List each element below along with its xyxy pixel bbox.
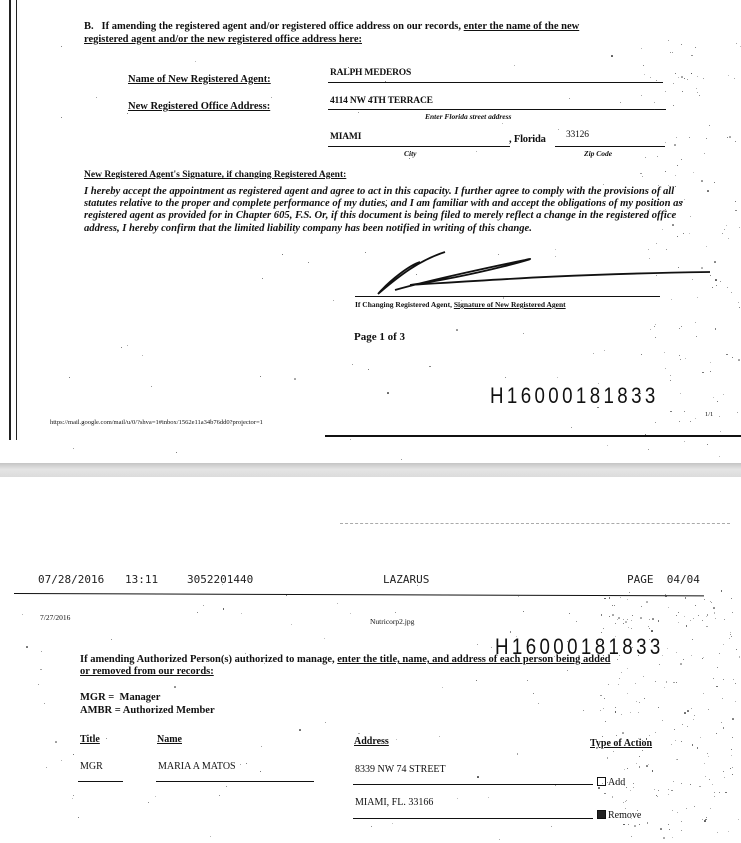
scan-speck	[738, 819, 739, 820]
scan-speck	[704, 820, 706, 822]
scan-speck	[651, 630, 653, 632]
scan-speck	[127, 345, 128, 346]
scan-speck	[712, 784, 713, 785]
scan-speck	[640, 173, 642, 175]
scan-speck	[731, 755, 732, 756]
row-title-line	[78, 781, 123, 782]
scan-speck	[607, 782, 608, 783]
scan-speck	[704, 763, 705, 764]
scan-speck	[714, 796, 715, 797]
scan-speck	[569, 613, 570, 614]
scan-speck	[127, 113, 128, 114]
scan-speck	[731, 292, 732, 293]
scan-speck	[677, 812, 678, 813]
scan-speck	[681, 76, 683, 78]
scan-speck	[689, 233, 690, 234]
row-address-line1[interactable]: 8339 NW 74 STREET	[355, 764, 446, 775]
scan-speck	[656, 243, 657, 244]
scan-speck	[657, 156, 658, 157]
scan-speck	[401, 459, 402, 460]
scan-speck	[148, 802, 149, 803]
scan-speck	[677, 236, 678, 237]
agent-name-line	[328, 82, 663, 83]
scan-speck	[676, 682, 677, 683]
scan-speck	[238, 206, 240, 208]
scan-speck	[569, 98, 570, 99]
agent-name-label: Name of New Registered Agent:	[128, 74, 271, 85]
scan-speck	[387, 392, 389, 394]
scan-speck	[671, 790, 673, 792]
city-caption: City	[404, 149, 417, 158]
scan-speck	[707, 190, 709, 192]
section-b-prefix: B.	[84, 21, 94, 32]
scan-speck	[717, 401, 718, 402]
scan-speck	[333, 300, 334, 301]
scan-speck	[618, 617, 620, 619]
scan-speck	[665, 142, 666, 143]
scan-speck	[476, 151, 477, 152]
fax-header-time: 13:11	[125, 573, 158, 586]
scan-speck	[704, 153, 705, 154]
instruction-plain: If amending Authorized Person(s) authori…	[80, 654, 335, 665]
scan-speck	[654, 109, 655, 110]
scan-speck	[670, 375, 671, 376]
scan-speck	[598, 787, 600, 789]
scan-speck	[385, 81, 386, 82]
page-border-left-outer	[9, 0, 11, 440]
col-header-name: Name	[157, 734, 182, 745]
scan-speck	[373, 659, 374, 660]
section-b-underlined-2: registered agent and/or the new register…	[84, 33, 362, 46]
row-address-line2[interactable]: MIAMI, FL. 33166	[355, 797, 433, 808]
scan-speck	[732, 767, 733, 768]
scan-speck	[627, 768, 628, 769]
scan-speck	[620, 102, 621, 103]
scan-speck	[714, 261, 716, 263]
scan-speck	[648, 449, 649, 450]
scan-speck	[730, 768, 731, 769]
signature-scribble	[370, 250, 710, 300]
scan-speck	[665, 595, 667, 597]
scan-speck	[707, 753, 708, 754]
scan-speck	[673, 781, 674, 782]
scan-speck	[672, 224, 674, 226]
scan-speck	[664, 352, 665, 353]
col-header-title: Title	[80, 734, 100, 745]
zip-value[interactable]: 33126	[566, 130, 589, 140]
legend-mgr: MGR = Manager	[80, 692, 160, 703]
add-label: Add	[608, 777, 625, 788]
fax-header-phone: 3052201440	[187, 573, 253, 586]
file-name: Nutricorp2.jpg	[370, 617, 414, 626]
remove-label: Remove	[608, 810, 641, 821]
signature-heading: New Registered Agent's Signature, if cha…	[84, 169, 346, 182]
scan-speck	[442, 687, 443, 688]
scan-speck	[655, 681, 656, 682]
scan-speck	[371, 826, 372, 827]
scan-speck	[630, 790, 631, 791]
scan-speck	[620, 597, 621, 598]
scan-speck	[615, 707, 616, 708]
row-name[interactable]: MARIA A MATOS	[158, 761, 236, 772]
agent-name-value[interactable]: RALPH MEDEROS	[330, 68, 411, 78]
scan-speck	[55, 741, 57, 743]
scan-speck	[457, 798, 458, 799]
scan-speck	[707, 444, 708, 445]
fax-header-line	[14, 593, 704, 596]
scan-speck	[22, 614, 23, 615]
scan-speck	[676, 615, 677, 616]
scan-speck	[155, 796, 156, 797]
row-title[interactable]: MGR	[80, 761, 103, 772]
scan-speck	[567, 670, 568, 671]
scan-speck	[523, 333, 524, 334]
scan-speck	[558, 129, 559, 130]
fax-header-page: PAGE 04/04	[627, 573, 700, 586]
scan-speck	[477, 776, 479, 778]
scan-speck	[603, 184, 604, 185]
scan-speck	[702, 819, 703, 820]
scan-speck	[706, 817, 707, 818]
scan-speck	[714, 182, 715, 183]
scan-speck	[697, 92, 698, 93]
action-add[interactable]: Add	[597, 777, 625, 788]
scan-speck	[728, 75, 729, 76]
scan-speck	[675, 740, 676, 741]
scan-speck	[727, 137, 728, 138]
scan-speck	[607, 445, 608, 446]
scan-speck	[602, 736, 603, 737]
page-number-label: Page 1 of 3	[354, 331, 405, 343]
row-name-line	[156, 781, 314, 782]
scan-speck	[690, 216, 691, 217]
scan-speck	[627, 619, 628, 620]
scan-speck	[654, 789, 655, 790]
scan-speck	[666, 249, 667, 250]
scan-speck	[736, 43, 737, 44]
scan-speck	[681, 741, 682, 742]
scan-speck	[713, 607, 715, 609]
action-remove[interactable]: Remove	[597, 810, 641, 821]
section-b-text: If amending the registered agent and/or …	[102, 21, 462, 32]
scan-speck	[73, 795, 74, 796]
scan-speck	[715, 279, 717, 281]
scan-speck	[695, 47, 696, 48]
scan-speck	[698, 615, 699, 616]
scan-speck	[677, 759, 678, 760]
scan-speck	[716, 733, 717, 734]
scan-speck	[737, 412, 738, 413]
scan-speck	[732, 718, 734, 720]
scan-speck	[491, 647, 492, 648]
scan-speck	[603, 655, 604, 656]
scan-speck	[649, 619, 650, 620]
scan-speck	[668, 185, 669, 186]
signature-caption-underlined: Signature of New Registered Agent	[454, 300, 566, 309]
scan-speck	[614, 605, 615, 606]
scan-speck	[604, 598, 606, 600]
add-checkbox[interactable]	[597, 777, 606, 786]
scan-speck	[705, 776, 706, 777]
print-date: 7/27/2016	[40, 613, 70, 622]
scan-speck	[121, 347, 122, 348]
scan-speck	[665, 209, 666, 210]
scan-speck	[716, 686, 718, 688]
scan-speck	[365, 252, 366, 253]
scan-speck	[499, 839, 500, 840]
document-number-stamp: H16000181833	[490, 383, 659, 409]
scan-speck	[578, 655, 580, 657]
instruction-underlined-2: or removed from our records:	[80, 666, 214, 677]
scan-speck	[695, 605, 696, 606]
scan-speck	[195, 61, 196, 62]
scan-speck	[738, 359, 740, 361]
section-b-underlined-1: enter the name of the new	[464, 21, 580, 32]
scan-speck	[732, 774, 733, 775]
scan-speck	[674, 729, 675, 730]
scan-speck	[517, 753, 519, 755]
scan-speck	[646, 765, 648, 767]
scan-speck	[615, 623, 616, 624]
scan-speck	[644, 698, 645, 699]
scan-speck	[723, 727, 725, 729]
scan-speck	[691, 73, 692, 74]
scan-speck	[721, 590, 723, 592]
scan-speck	[555, 249, 556, 250]
fax-header-sender: LAZARUS	[383, 573, 429, 586]
scan-speck	[607, 757, 609, 759]
scan-speck	[666, 681, 668, 683]
col-header-address: Address	[354, 736, 389, 747]
row-address-line2-rule	[353, 818, 593, 819]
scan-speck	[665, 171, 666, 172]
scan-speck	[721, 722, 722, 723]
scan-speck	[735, 141, 736, 142]
authorized-person-instruction: If amending Authorized Person(s) authori…	[80, 654, 610, 665]
scan-speck	[516, 636, 517, 637]
scan-speck	[260, 376, 261, 377]
scan-speck	[641, 48, 642, 49]
signature-caption: If Changing Registered Agent, Signature …	[355, 300, 566, 309]
scan-speck	[619, 655, 620, 656]
scan-speck	[111, 639, 112, 640]
scan-speck	[672, 837, 673, 838]
scan-speck	[664, 687, 665, 688]
scan-speck	[650, 77, 651, 78]
scan-speck	[701, 180, 703, 182]
scan-speck	[611, 55, 613, 57]
city-value[interactable]: MIAMI	[330, 132, 361, 142]
scan-speck	[660, 828, 662, 830]
scan-speck	[151, 386, 152, 387]
scan-speck	[633, 787, 634, 788]
scan-speck	[717, 832, 718, 833]
scan-speck	[625, 808, 626, 809]
fax-header-date: 07/28/2016	[38, 573, 104, 586]
scan-speck	[668, 607, 669, 608]
scan-speck	[476, 680, 477, 681]
scan-speck	[514, 65, 515, 66]
scan-speck	[671, 299, 672, 300]
scan-speck	[242, 425, 243, 426]
scan-speck	[694, 806, 695, 807]
scan-speck	[583, 710, 584, 711]
page-separator	[0, 463, 741, 477]
scan-speck	[26, 646, 28, 648]
section-b-heading: B. If amending the registered agent and/…	[84, 20, 579, 33]
scan-speck	[694, 715, 695, 716]
scan-speck	[687, 710, 689, 712]
scan-speck	[625, 621, 627, 623]
scan-speck	[551, 826, 552, 827]
scan-speck	[684, 78, 685, 79]
scan-speck	[736, 649, 737, 650]
scan-speck	[299, 729, 301, 731]
scan-speck	[703, 693, 704, 694]
page-bottom-edge	[325, 435, 741, 437]
scan-speck	[634, 825, 636, 827]
scan-speck	[678, 267, 679, 268]
state-label: , Florida	[509, 134, 546, 145]
scan-speck	[324, 638, 325, 639]
scan-speck	[682, 91, 683, 92]
scan-speck	[626, 787, 627, 788]
scan-speck	[621, 714, 622, 715]
scan-speck	[681, 201, 683, 203]
scan-speck	[680, 663, 682, 665]
scan-speck	[640, 617, 642, 619]
scan-speck	[176, 452, 177, 453]
scan-speck	[724, 777, 725, 778]
scan-speck	[676, 137, 677, 138]
scan-speck	[624, 785, 625, 786]
scan-speck	[262, 278, 263, 279]
scan-speck	[174, 686, 176, 688]
scan-speck	[498, 254, 499, 255]
scan-speck	[739, 307, 740, 308]
instruction-underlined-1: enter the title, name, and address of ea…	[337, 654, 610, 665]
address-line	[328, 109, 666, 110]
city-line	[328, 146, 510, 147]
scan-speck	[710, 362, 711, 363]
document-page-2: 07/28/2016 13:11 3052201440 LAZARUS PAGE…	[0, 477, 741, 843]
scan-speck	[325, 722, 326, 723]
scan-speck	[679, 421, 680, 422]
scan-speck	[730, 632, 731, 633]
scan-speck	[612, 614, 614, 616]
scan-speck	[523, 611, 524, 612]
row-address-line1-rule	[353, 784, 593, 785]
print-url: https://mail.google.com/mail/u/0/?shva=1…	[50, 419, 263, 426]
scan-speck	[73, 448, 74, 449]
scan-speck	[652, 618, 654, 620]
signature-caption-plain: If Changing Registered Agent,	[355, 300, 452, 309]
scan-speck	[702, 620, 703, 621]
scan-speck	[690, 421, 691, 422]
scan-speck	[604, 793, 606, 795]
scan-speck	[210, 836, 211, 837]
address-value[interactable]: 4114 NW 4TH TERRACE	[330, 96, 433, 106]
scan-speck	[716, 285, 717, 286]
scan-speck	[684, 199, 685, 200]
scan-speck	[711, 602, 712, 603]
scan-speck	[416, 274, 417, 275]
zip-caption: Zip Code	[584, 149, 612, 158]
scan-speck	[690, 620, 691, 621]
scan-speck	[61, 117, 62, 118]
scan-speck	[674, 144, 676, 146]
scan-speck	[720, 281, 721, 282]
scan-speck	[706, 138, 707, 139]
acceptance-paragraph: I hereby accept the appointment as regis…	[84, 186, 684, 235]
page-border-left-inner	[16, 0, 17, 440]
scan-speck	[701, 267, 703, 269]
scan-speck	[533, 693, 534, 694]
scan-speck	[223, 608, 225, 610]
scan-speck	[667, 648, 668, 649]
scan-speck	[631, 620, 632, 621]
legend-ambr: AMBR = Authorized Member	[80, 705, 215, 716]
address-caption: Enter Florida street address	[425, 112, 511, 121]
signature-line	[355, 296, 660, 297]
scan-speck	[715, 618, 716, 619]
scan-speck	[673, 105, 674, 106]
scan-speck	[708, 709, 709, 710]
scan-speck	[704, 599, 705, 600]
remove-checkbox[interactable]	[597, 810, 606, 819]
scan-speck	[729, 136, 731, 138]
scan-speck	[291, 624, 292, 625]
scan-speck	[673, 83, 674, 84]
scan-speck	[40, 669, 42, 671]
scan-speck	[613, 751, 614, 752]
scan-speck	[709, 779, 710, 780]
scan-artifact-line	[340, 523, 730, 524]
scan-speck	[684, 712, 686, 714]
scan-speck	[738, 302, 739, 303]
scan-speck	[649, 735, 650, 736]
scan-speck	[672, 810, 673, 811]
scan-speck	[456, 329, 458, 331]
print-page-counter: 1/1	[705, 411, 713, 418]
scan-speck	[286, 595, 287, 596]
document-page-1: B. If amending the registered agent and/…	[0, 0, 741, 463]
zip-line	[555, 146, 665, 147]
scan-speck	[612, 605, 613, 606]
scan-speck	[622, 732, 624, 734]
scan-speck	[735, 210, 737, 212]
scan-speck	[593, 353, 594, 354]
scan-speck	[638, 712, 639, 713]
scan-speck	[629, 592, 630, 593]
scan-speck	[555, 256, 556, 257]
scan-speck	[723, 679, 724, 680]
scan-speck	[646, 601, 648, 603]
scan-speck	[697, 297, 698, 298]
scan-speck	[635, 683, 636, 684]
address-label: New Registered Office Address:	[128, 101, 270, 112]
